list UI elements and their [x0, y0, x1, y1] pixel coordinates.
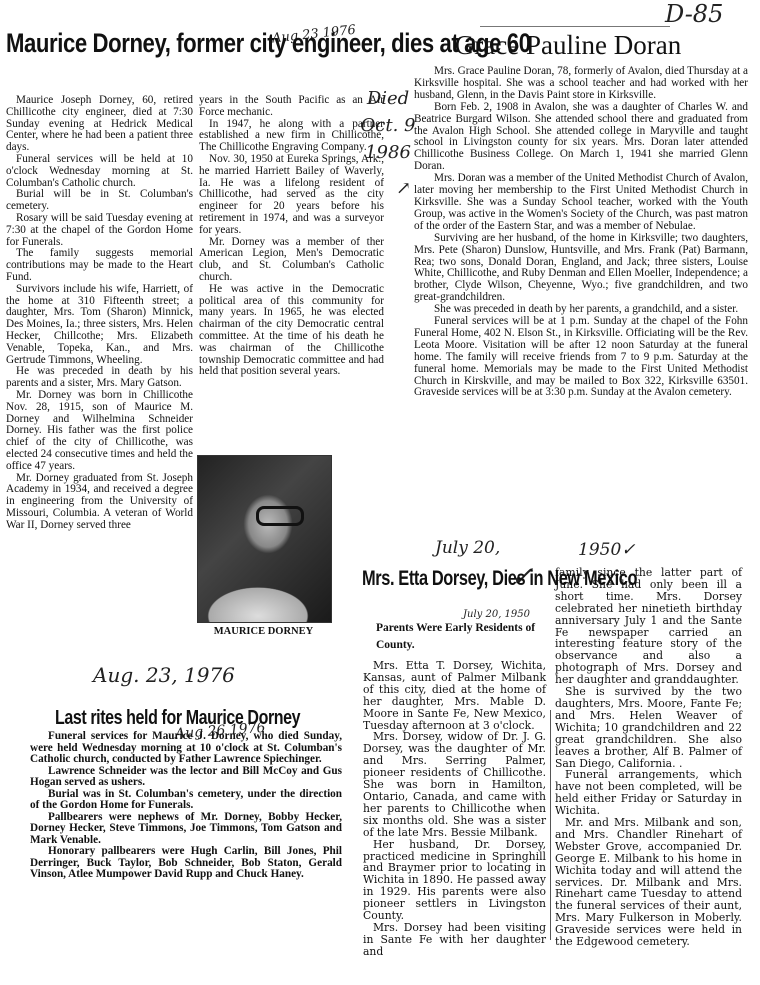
paragraph: Mrs. Etta T. Dorsey, Wichita, Kansas, au…	[363, 660, 546, 731]
handwritten-date-dorsey-small: July 20, 1950	[463, 609, 530, 620]
paragraph: The family suggests memorial contributio…	[6, 248, 193, 283]
paragraph: In 1947, he along with a partner establi…	[199, 119, 384, 154]
paragraph: Mr. Dorney was born in Chillicothe Nov. …	[6, 390, 193, 473]
paragraph: Mrs. Dorsey had been visiting in Sante F…	[363, 922, 546, 958]
paragraph: Maurice Joseph Dorney, 60, retired Chill…	[6, 95, 193, 154]
handwritten-date-dorsey-right: 1950✓	[578, 540, 636, 560]
paragraph: Mrs. Grace Pauline Doran, 78, formerly o…	[414, 66, 748, 102]
dorsey-subhead: Parents Were Early Residents of County.	[376, 620, 546, 654]
paragraph: Surviving are her husband, of the home i…	[414, 233, 748, 304]
paragraph: Funeral services for Maurice J. Dorney, …	[30, 731, 342, 766]
paragraph: Mr. Dorney graduated from St. Joseph Aca…	[6, 473, 193, 532]
paragraph: Burial will be in St. Columban's cemeter…	[6, 189, 193, 213]
dorney-headline: Maurice Dorney, former city engineer, di…	[6, 28, 318, 59]
paragraph: Funeral arrangements, which have not bee…	[555, 769, 742, 817]
photo-caption: MAURICE DORNEY	[197, 626, 330, 637]
paragraph: Nov. 30, 1950 at Eureka Springs, Ark., h…	[199, 154, 384, 237]
dorney-portrait-photo	[197, 455, 332, 623]
dorsey-headline: Mrs. Etta Dorsey, Dies in New Mexico	[362, 567, 518, 590]
paragraph: family since the latter part of June. Sh…	[555, 567, 742, 686]
handwritten-arrow-icon: ↗	[396, 178, 411, 199]
rites-body: Funeral services for Maurice J. Dorney, …	[30, 731, 342, 881]
dorney-column-1: Maurice Joseph Dorney, 60, retired Chill…	[6, 95, 193, 531]
divider	[480, 26, 670, 27]
handwritten-date-rites: Aug. 23, 1976	[93, 663, 235, 687]
paragraph: Mr. Dorney was a member of ther American…	[199, 237, 384, 284]
dorsey-column-2: family since the latter part of June. Sh…	[555, 567, 742, 948]
paragraph: Funeral services will be held at 10 o'cl…	[6, 154, 193, 189]
handwritten-date-dorsey-left: July 20,	[435, 538, 500, 558]
paragraph: Lawrence Schneider was the lector and Bi…	[30, 766, 342, 789]
paragraph: Funeral services will be at 1 p.m. Sunda…	[414, 316, 748, 399]
paragraph: Rosary will be said Tuesday evening at 7…	[6, 213, 193, 248]
paragraph: Burial was in St. Columban's cemetery, u…	[30, 789, 342, 812]
paragraph: Born Feb. 2, 1908 in Avalon, she was a d…	[414, 102, 748, 173]
dorsey-column-1: Mrs. Etta T. Dorsey, Wichita, Kansas, au…	[363, 660, 546, 958]
paragraph: He was preceded in death by his parents …	[6, 366, 193, 390]
paragraph: He was active in the Democratic politica…	[199, 284, 384, 378]
paragraph: Survivors include his wife, Harriett, of…	[6, 284, 193, 367]
paragraph: Mr. and Mrs. Milbank and son, and Mrs. C…	[555, 817, 742, 948]
doran-body: Mrs. Grace Pauline Doran, 78, formerly o…	[414, 66, 748, 399]
dorney-column-2: years in the South Pacific as an Air For…	[199, 95, 384, 378]
rites-headline: Last rites held for Maurice Dorney	[55, 707, 295, 730]
paragraph: years in the South Pacific as an Air For…	[199, 95, 384, 119]
doran-headline: Grace Pauline Doran	[398, 30, 738, 61]
paragraph: Mrs. Dorsey, widow of Dr. J. G. Dorsey, …	[363, 731, 546, 838]
paragraph: Her husband, Dr. Dorsey, practiced medic…	[363, 839, 546, 922]
paragraph: Mrs. Doran was a member of the United Me…	[414, 173, 748, 233]
glasses-shape	[256, 506, 304, 526]
paragraph: Pallbearers were nephews of Mr. Dorney, …	[30, 812, 342, 847]
column-divider	[550, 710, 551, 940]
paragraph: Honorary pallbearers were Hugh Carlin, B…	[30, 846, 342, 881]
paragraph: She is survived by the two daughters, Mr…	[555, 686, 742, 769]
page-id-note: D-85	[665, 0, 723, 28]
